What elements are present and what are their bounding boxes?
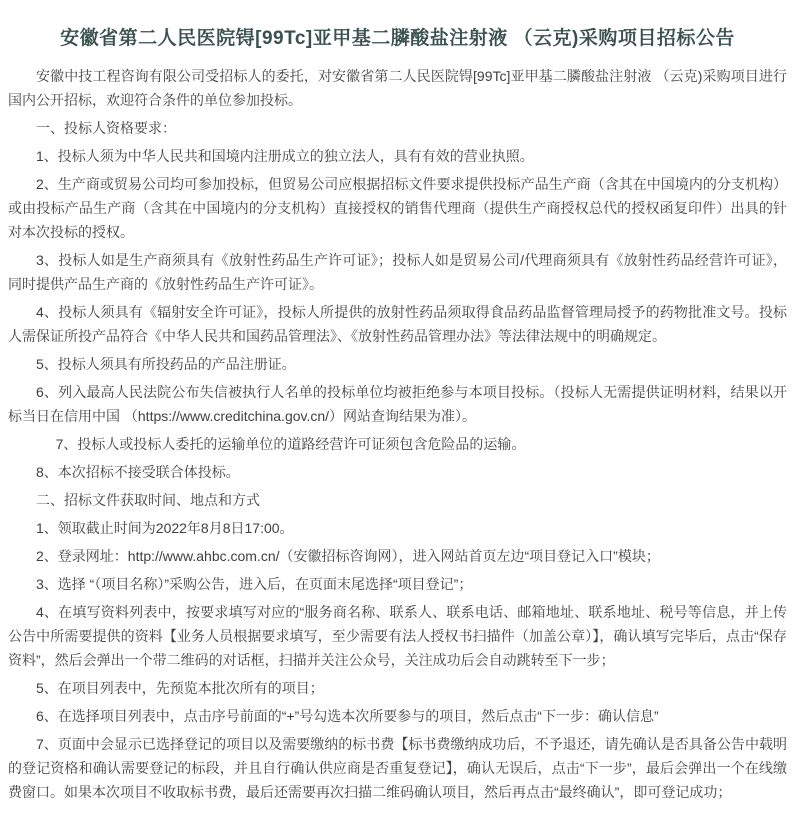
section-2-item-7: 7、页面中会显示已选择登记的项目以及需要缴纳的标书费【标书费缴纳成功后，不予退还… [8,732,787,804]
section-1-item-5: 5、投标人须具有所投药品的产品注册证。 [8,352,787,376]
announcement-document: 安徽省第二人民医院锝[99Tc]亚甲基二膦酸盐注射液 （云克)采购项目招标公告 … [0,0,795,814]
section-1-item-4: 4、投标人须具有《辐射安全许可证》，投标人所提供的放射性药品须取得食品药品监督管… [8,300,787,348]
section-2-item-3: 3、选择 “（项目名称）”采购公告，进入后，在页面末尾选择“项目登记”； [8,572,787,596]
section-1-item-7: 7、投标人或投标人委托的运输单位的道路经营许可证须包含危险品的运输。 [8,432,787,456]
section-1-heading: 一、投标人资格要求： [8,116,787,140]
intro-paragraph: 安徽中技工程咨询有限公司受招标人的委托，对安徽省第二人民医院锝[99Tc]亚甲基… [8,64,787,112]
section-2-heading: 二、招标文件获取时间、地点和方式 [8,488,787,512]
section-1-item-8: 8、本次招标不接受联合体投标。 [8,460,787,484]
section-2-item-6: 6、在选择项目列表中，点击序号前面的“+”号勾选本次所要参与的项目，然后点击“下… [8,704,787,728]
section-2-item-5: 5、在项目列表中，先预览本批次所有的项目； [8,676,787,700]
section-2-item-2: 2、登录网址：http://www.ahbc.com.cn/（安徽招标咨询网），… [8,544,787,568]
section-1-item-1: 1、投标人须为中华人民共和国境内注册成立的独立法人，具有有效的营业执照。 [8,144,787,168]
section-1-item-3: 3、投标人如是生产商须具有《放射性药品生产许可证》；投标人如是贸易公司/代理商须… [8,248,787,296]
section-2-item-4: 4、在填写资料列表中，按要求填写对应的“服务商名称、联系人、联系电话、邮箱地址、… [8,600,787,672]
section-1-item-2: 2、生产商或贸易公司均可参加投标，但贸易公司应根据招标文件要求提供投标产品生产商… [8,172,787,244]
section-2-item-1: 1、领取截止时间为2022年8月8日17:00。 [8,516,787,540]
section-1-item-6: 6、列入最高人民法院公布失信被执行人名单的投标单位均被拒绝参与本项目投标。（投标… [8,380,787,428]
page-title: 安徽省第二人民医院锝[99Tc]亚甲基二膦酸盐注射液 （云克)采购项目招标公告 [8,26,787,52]
